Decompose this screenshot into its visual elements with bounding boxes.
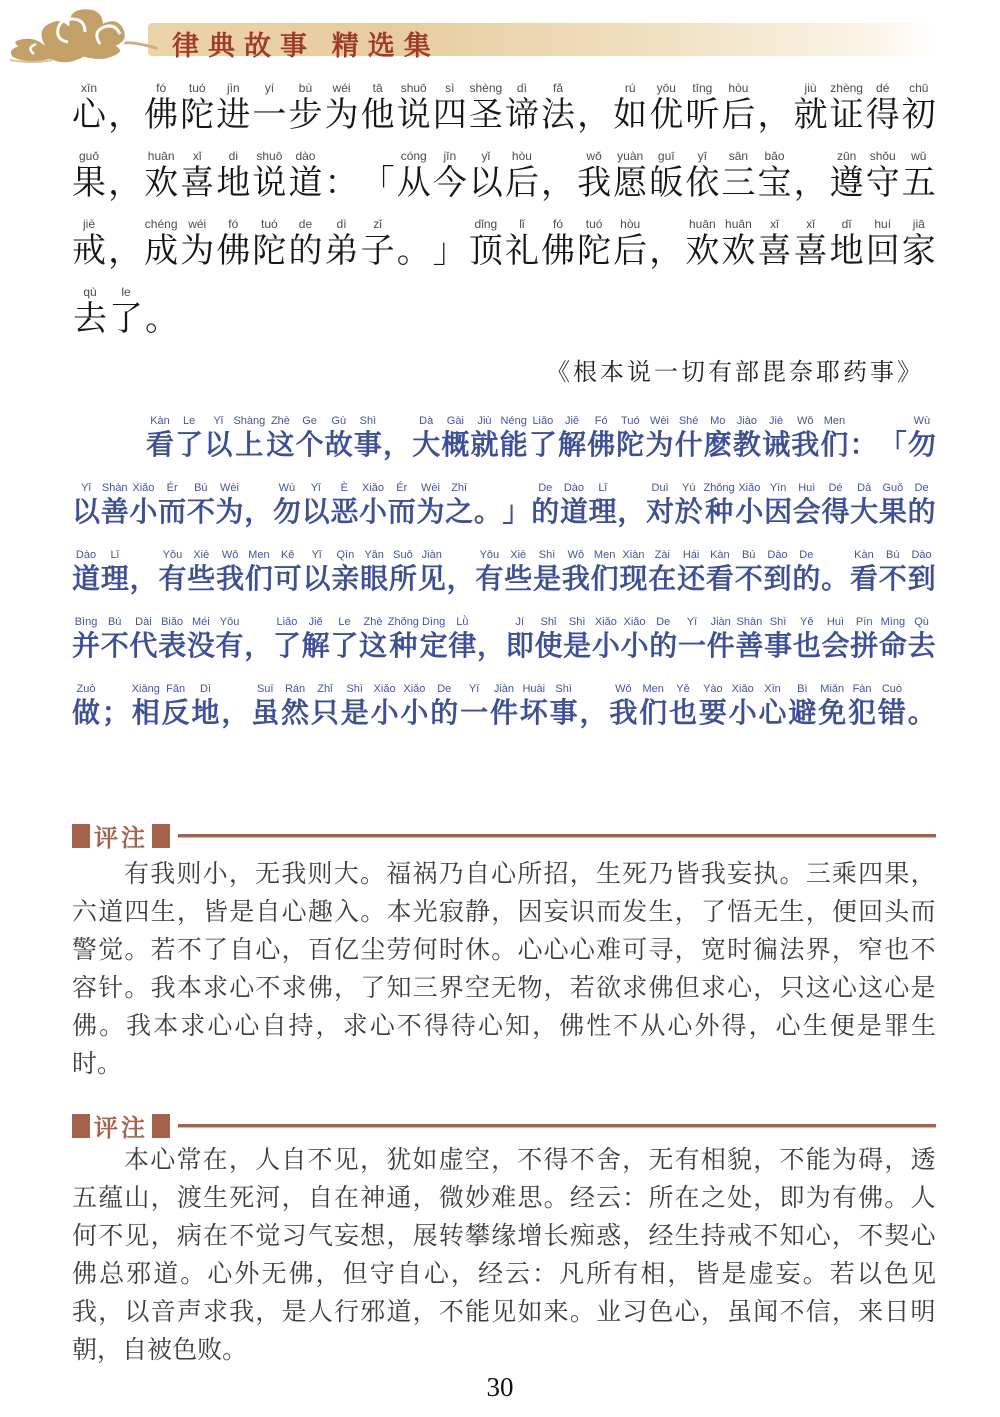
commentary-character: 。	[360, 894, 385, 932]
hanzi-character: 。	[821, 562, 849, 596]
ruby-token: jiù就	[794, 80, 828, 136]
ruby-token: Shì事	[764, 615, 792, 663]
ruby-token: Mìng命	[879, 615, 907, 663]
hanzi-character: 我	[609, 696, 637, 730]
commentary-character: 徧	[753, 932, 778, 970]
commentary-character: 云	[505, 1256, 530, 1294]
commentary-character: 寻	[648, 932, 673, 970]
commentary-character: 心	[667, 1008, 692, 1046]
pinyin-annotation	[821, 548, 849, 562]
commentary-character: ，	[334, 970, 359, 1008]
ruby-token: 。	[144, 284, 180, 340]
ruby-token: jiè戒	[72, 216, 106, 272]
hanzi-character: 做	[72, 696, 100, 730]
pinyin-annotation: Wù	[908, 414, 936, 428]
hanzi-character: 说	[397, 96, 431, 136]
pinyin-annotation: jiā	[902, 216, 936, 232]
pinyin-annotation: Dà	[412, 414, 440, 428]
ruby-token: Rán然	[281, 682, 309, 730]
annotated-line: jiè戒 ，chéng成wéi为fó佛tuó陀de的dì弟zǐ子 。 」dǐng…	[72, 216, 936, 272]
commentary-2-heading: 评注	[94, 1108, 148, 1143]
commentary-line: 佛。我本求心心自持，求心不得待心知，佛性不从心外得，心生便是罪生	[72, 1008, 936, 1046]
hanzi-character: 会	[793, 495, 821, 529]
hanzi-character: 我	[216, 562, 244, 596]
ruby-token: Zhǐ只	[311, 682, 339, 730]
hanzi-character: 果	[72, 164, 106, 204]
ruby-token: ，	[244, 481, 272, 529]
commentary-character: 败	[197, 1332, 222, 1370]
hanzi-character: 就	[794, 96, 828, 136]
hanzi-character: 小	[735, 495, 763, 529]
commentary-character: 心	[570, 932, 595, 970]
ruby-token: jiā家	[902, 216, 936, 272]
hanzi-character: 佛	[144, 96, 178, 136]
pinyin-annotation	[383, 414, 411, 428]
commentary-character: ，	[544, 970, 569, 1008]
commentary-character: 处	[727, 1180, 752, 1218]
hanzi-character: 得	[821, 495, 849, 529]
ruby-token: xǐ喜	[180, 148, 214, 204]
hanzi-character: 果	[879, 495, 907, 529]
commentary-character: 觉	[255, 1218, 280, 1256]
ruby-token: Wǒ我	[216, 548, 244, 596]
hanzi-character: 事	[354, 428, 382, 462]
commentary-character: 经	[648, 1218, 673, 1256]
commentary-character: 求	[203, 970, 228, 1008]
commentary-character: 求	[622, 970, 647, 1008]
hanzi-character: 眼	[360, 562, 388, 596]
commentary-character: ，	[832, 1294, 857, 1332]
pinyin-annotation: Xiǎo	[371, 682, 399, 696]
commentary-character: 虚	[749, 1256, 774, 1294]
hanzi-character: 什	[675, 428, 703, 462]
commentary-character: 通	[386, 1180, 411, 1218]
pinyin-annotation: Bì	[788, 682, 816, 696]
ruby-token: yī依	[685, 148, 719, 204]
hanzi-character: 道	[560, 495, 588, 529]
hanzi-character: 如	[613, 96, 647, 136]
hanzi-character: 的	[649, 629, 677, 663]
commentary-character: 佛	[648, 970, 673, 1008]
ruby-token: yí一	[252, 80, 286, 136]
commentary-1-header: 评注	[72, 818, 936, 853]
ruby-token: zhèng证	[830, 80, 864, 136]
pinyin-annotation: rú	[613, 80, 647, 96]
pinyin-annotation: sān	[721, 148, 755, 164]
pinyin-annotation	[794, 148, 828, 164]
commentary-line: 容针。我本求心不求佛，了知三界空无物，若欲求佛但求心，只这心这心是	[72, 970, 936, 1008]
ruby-token: Le了	[175, 414, 203, 462]
pinyin-annotation: Ge	[296, 414, 324, 428]
hanzi-character: 」	[433, 232, 467, 272]
commentary-character: 惑	[596, 1218, 621, 1256]
commentary-character: 心	[675, 1294, 700, 1332]
hanzi-character: 的	[531, 495, 559, 529]
hanzi-character: 使	[534, 629, 562, 663]
commentary-character: 心	[255, 932, 280, 970]
ruby-token: Xiē些	[187, 548, 215, 596]
hanzi-character: ，	[221, 696, 249, 730]
pinyin-annotation: Xiǎo	[400, 682, 428, 696]
pinyin-annotation: De	[649, 615, 677, 629]
hanzi-character: 回	[866, 232, 900, 272]
hanzi-character: ，	[383, 428, 411, 462]
commentary-character: ，	[229, 1142, 254, 1180]
pinyin-annotation: Shǐ	[534, 615, 562, 629]
ruby-token: Dào到	[908, 548, 936, 596]
pinyin-annotation	[325, 148, 359, 164]
ruby-token: Bìng并	[72, 615, 100, 663]
pinyin-annotation: Bìng	[72, 615, 100, 629]
ruby-token: dì弟	[325, 216, 359, 272]
ruby-token: yǐ以	[469, 148, 503, 204]
ruby-token: Dìng定	[420, 615, 448, 663]
commentary-character: 知	[505, 1008, 530, 1046]
ruby-token: sān三	[721, 148, 755, 204]
ruby-token: Kàn看	[146, 414, 174, 462]
commentary-character: 是	[911, 970, 936, 1008]
pinyin-annotation: Ér	[158, 481, 186, 495]
commentary-character: 则	[308, 856, 333, 894]
commentary-character: 增	[517, 1218, 542, 1256]
hanzi-character: 小	[729, 696, 757, 730]
ruby-token: dī地	[830, 216, 864, 272]
hanzi-character: 反	[162, 696, 190, 730]
pinyin-annotation: xīn	[72, 80, 106, 96]
commentary-character: 不	[911, 932, 936, 970]
hanzi-character: 法	[541, 96, 575, 136]
hanzi-character: 勿	[908, 428, 936, 462]
annotated-line: xīn心 ，fó佛tuó陀jìn进yí一bù步wéi为tā他shuō说sì四sh…	[72, 80, 936, 136]
pinyin-annotation: Xiǎo	[729, 682, 757, 696]
commentary-character: ，	[675, 894, 700, 932]
hanzi-character: 定	[420, 629, 448, 663]
pinyin-annotation: Qù	[908, 615, 936, 629]
pinyin-annotation: xǐ	[180, 148, 214, 164]
commentary-character: 不	[397, 1008, 422, 1046]
hanzi-character: 种	[703, 495, 734, 529]
commentary-character: ，	[151, 1218, 176, 1256]
pinyin-annotation: De	[908, 481, 936, 495]
ruby-token: Shì是	[533, 548, 561, 596]
pinyin-annotation: Dé	[821, 481, 849, 495]
pinyin-annotation: fó	[541, 216, 575, 232]
ruby-token: Xiǎo小	[729, 682, 757, 730]
hanzi-character: 而	[158, 495, 186, 529]
commentary-character: 在	[203, 1218, 228, 1256]
commentary-character: 本	[177, 970, 202, 1008]
hanzi-character: 陀	[616, 428, 644, 462]
commentary-character: 悟	[727, 894, 752, 932]
commentary-character: 不	[308, 1142, 333, 1180]
commentary-character: 无	[255, 856, 280, 894]
commentary-character: 。	[570, 1294, 595, 1332]
commentary-character: 习	[622, 1294, 647, 1332]
ruby-token: huān欢	[721, 216, 755, 272]
hanzi-character: 从	[397, 164, 431, 204]
pinyin-annotation: Xiǎo	[129, 481, 157, 495]
commentary-character: ，	[98, 1294, 123, 1332]
ruby-token: Wèi为	[645, 414, 673, 462]
commentary-character: 难	[596, 932, 621, 970]
commentary-2-body: 本心常在，人自不见，犹如虚空，不得不舍，无有相貌，不能为碍，透五蕴山，渡生死河，…	[72, 1142, 936, 1370]
ruby-token: bù步	[288, 80, 322, 136]
commentary-character: 皆	[694, 1256, 719, 1294]
ruby-token: Yīn因	[764, 481, 792, 529]
pinyin-annotation: Xiāng	[132, 682, 160, 696]
commentary-character: 外	[694, 1008, 719, 1046]
commentary-character: 求	[282, 970, 307, 1008]
pinyin-annotation: dī	[830, 216, 864, 232]
commentary-character: 云	[596, 1180, 621, 1218]
pinyin-annotation: Bú	[101, 615, 129, 629]
pinyin-annotation: Liǎo	[273, 615, 301, 629]
commentary-character: 有	[124, 856, 149, 894]
commentary-character: 来	[858, 1294, 883, 1332]
pinyin-annotation: Shé	[675, 414, 703, 428]
pinyin-annotation: tuó	[180, 80, 214, 96]
ruby-token: ，	[577, 80, 611, 136]
ruby-token: Tuó陀	[616, 414, 644, 462]
hanzi-character: 佛	[587, 428, 615, 462]
hanzi-character: 以	[303, 562, 331, 596]
commentary-character: 朝	[72, 1332, 97, 1370]
ruby-token: Dà大	[412, 414, 440, 462]
pinyin-annotation	[221, 682, 249, 696]
cloud-ornament-icon	[8, 2, 168, 77]
hanzi-character: 进	[216, 96, 250, 136]
pinyin-annotation: Yī	[678, 615, 706, 629]
ruby-token: Yào要	[699, 682, 727, 730]
hanzi-character: 小	[621, 629, 649, 663]
commentary-character: 闻	[753, 1294, 778, 1332]
ruby-token: Xiǎo小	[592, 615, 620, 663]
ruby-token: Yǐ以	[303, 548, 331, 596]
pinyin-annotation: Dào	[764, 548, 792, 562]
hanzi-character: ，	[244, 495, 272, 529]
hanzi-character: 了	[273, 629, 301, 663]
commentary-character: 佛	[559, 1008, 584, 1046]
pinyin-annotation: Suī	[251, 682, 279, 696]
commentary-character: 。	[544, 1180, 569, 1218]
commentary-character: 以	[124, 1294, 149, 1332]
pinyin-annotation	[397, 216, 431, 232]
commentary-character: 心	[776, 1008, 801, 1046]
commentary-character: 尘	[360, 932, 385, 970]
hanzi-character: 道	[72, 562, 100, 596]
hanzi-character: 后	[505, 164, 539, 204]
hanzi-character: 礼	[505, 232, 539, 272]
ruby-token: Dào到	[764, 548, 792, 596]
commentary-character: 转	[439, 1218, 464, 1256]
pinyin-annotation: tuó	[252, 216, 286, 232]
pinyin-annotation: Gài	[441, 414, 469, 428]
commentary-character: 经	[478, 1256, 503, 1294]
hanzi-character: 诫	[762, 428, 790, 462]
commentary-character: 我	[72, 1294, 97, 1332]
ruby-token: hòu后	[613, 216, 647, 272]
commentary-character: ，	[316, 1008, 341, 1046]
ruby-token: yōu优	[649, 80, 683, 136]
commentary-line: 我，以音声求我，是人行邪道，不能见如来。业习色心，虽闻不信，来日明	[72, 1294, 936, 1332]
ruby-token: Jiàn件	[707, 615, 735, 663]
commentary-character: 何	[72, 1218, 97, 1256]
pinyin-annotation: Ér	[388, 481, 416, 495]
pinyin-annotation: Bú	[735, 548, 763, 562]
ruby-token: Shì事	[354, 414, 382, 462]
hanzi-character: 解	[302, 629, 330, 663]
commentary-character: 窄	[858, 932, 883, 970]
pinyin-annotation: Xiǎo	[359, 481, 387, 495]
commentary-character: 因	[517, 894, 542, 932]
pinyin-annotation: bù	[288, 80, 322, 96]
commentary-character: 自	[465, 856, 490, 894]
hanzi-character: ，	[794, 164, 828, 204]
commentary-character: 但	[675, 970, 700, 1008]
commentary-character: 外	[234, 1256, 259, 1294]
ruby-token: Xiǎo小	[400, 682, 428, 730]
commentary-character: 五	[72, 1180, 97, 1218]
hanzi-character: 故	[325, 428, 353, 462]
ruby-token: Ge个	[296, 414, 324, 462]
ruby-token: Yǒu有	[158, 548, 186, 596]
pinyin-annotation: È	[330, 481, 358, 495]
commentary-character: 来	[544, 1294, 569, 1332]
ruby-token: Yǒu有	[475, 548, 503, 596]
pinyin-annotation: guǒ	[72, 148, 106, 164]
commentary-line: 有我则小，无我则大。福祸乃自心所招，生死乃皆我妄执。三乘四果，	[72, 856, 936, 894]
commentary-character: ，	[570, 856, 595, 894]
hanzi-character: 也	[793, 629, 821, 663]
ruby-token: shèng圣	[469, 80, 503, 136]
hanzi-character: 皈	[649, 164, 683, 204]
hanzi-character: 要	[699, 696, 727, 730]
hanzi-character: 坏	[520, 696, 548, 730]
hanzi-character: 戒	[72, 232, 106, 272]
ruby-token: fó佛	[541, 216, 575, 272]
pinyin-annotation	[361, 148, 395, 164]
pinyin-annotation	[474, 481, 502, 495]
pinyin-annotation: Miǎn	[818, 682, 846, 696]
hanzi-character: 小	[400, 696, 428, 730]
pinyin-annotation: Gù	[325, 414, 353, 428]
commentary-character: 在	[334, 1180, 359, 1218]
pinyin-annotation: Tuó	[616, 414, 644, 428]
hanzi-character: 家	[902, 232, 936, 272]
commentary-character: 我	[701, 856, 726, 894]
commentary-character: 皆	[675, 856, 700, 894]
pinyin-annotation: Zhǐ	[311, 682, 339, 696]
commentary-character: 有	[613, 1256, 638, 1294]
pinyin-annotation: Yě	[793, 615, 821, 629]
ruby-token: zūn遵	[830, 148, 864, 204]
hanzi-character: 地	[830, 232, 864, 272]
pinyin-annotation: Yào	[699, 682, 727, 696]
pinyin-annotation	[108, 80, 142, 96]
ruby-token: Fàn犯	[848, 682, 876, 730]
ruby-token: tuó陀	[252, 216, 286, 272]
pinyin-annotation: Dà	[850, 481, 878, 495]
ruby-token: Bú不	[101, 615, 129, 663]
ruby-token: Kàn看	[706, 548, 734, 596]
ruby-token: Yǐ以	[302, 481, 330, 529]
ruby-token: 。	[474, 481, 502, 529]
commentary-character: 得	[424, 1008, 449, 1046]
pinyin-annotation: Mìng	[879, 615, 907, 629]
pinyin-annotation: Guǒ	[879, 481, 907, 495]
commentary-character: 物	[517, 970, 542, 1008]
ruby-token: Lǜ律	[448, 615, 476, 663]
commentary-character: ，	[753, 1180, 778, 1218]
pinyin-annotation: Xiàn	[619, 548, 647, 562]
pinyin-annotation: Men	[639, 682, 667, 696]
hanzi-character: 看	[706, 562, 734, 596]
commentary-character: 得	[544, 1142, 569, 1180]
ruby-token: ，	[541, 148, 575, 204]
ruby-token: Yǒu有	[216, 615, 244, 663]
pinyin-annotation: Xiē	[187, 548, 215, 562]
pinyin-annotation: Le	[330, 615, 358, 629]
hanzi-character: ；	[102, 696, 130, 730]
pinyin-annotation: cóng	[397, 148, 431, 164]
ruby-token: Liǎo了	[273, 615, 301, 663]
commentary-character: 这	[858, 970, 883, 1008]
pinyin-annotation	[144, 284, 180, 300]
commentary-character: 果	[884, 856, 909, 894]
pinyin-annotation: yī	[685, 148, 719, 164]
hanzi-character: 了	[175, 428, 203, 462]
ruby-token: Bú不	[187, 481, 215, 529]
commentary-character: ，	[282, 1180, 307, 1218]
commentary-character: 不	[753, 1218, 778, 1256]
ruby-token: Duì对	[646, 481, 674, 529]
hanzi-character: 」	[503, 495, 531, 529]
commentary-character: 佛	[72, 1008, 97, 1046]
commentary-character: 求	[343, 1008, 368, 1046]
hanzi-character: 以	[72, 495, 100, 529]
hanzi-character: 「	[361, 164, 395, 204]
pinyin-annotation	[879, 414, 907, 428]
hanzi-character: 大	[412, 428, 440, 462]
hanzi-character: 的	[908, 495, 936, 529]
pinyin-annotation: Fó	[587, 414, 615, 428]
commentary-character: 死	[229, 1180, 254, 1218]
commentary-character: ，	[832, 1218, 857, 1256]
pinyin-annotation: Men	[591, 548, 619, 562]
commentary-character: 微	[439, 1180, 464, 1218]
pinyin-annotation: Shì	[764, 615, 792, 629]
commentary-character: 攀	[465, 1218, 490, 1256]
pinyin-annotation	[577, 80, 611, 96]
hanzi-character: 错	[878, 696, 906, 730]
ruby-token: wǔ五	[902, 148, 936, 204]
ruby-token: tīng听	[685, 80, 719, 136]
pinyin-annotation	[541, 148, 575, 164]
commentary-character: 六	[72, 894, 97, 932]
hanzi-character: 听	[685, 96, 719, 136]
pinyin-annotation: Kàn	[850, 548, 878, 562]
commentary-character: 妄	[544, 894, 569, 932]
commentary-character: 本	[153, 1008, 178, 1046]
commentary-character: 不	[177, 932, 202, 970]
ruby-token: wǒ我	[577, 148, 611, 204]
pinyin-annotation: Wèi	[645, 414, 673, 428]
hanzi-character: 心	[759, 696, 787, 730]
pinyin-annotation: fó	[216, 216, 250, 232]
hanzi-character: 愿	[613, 164, 647, 204]
commentary-character: 气	[308, 1218, 333, 1256]
hanzi-character: 而	[388, 495, 416, 529]
